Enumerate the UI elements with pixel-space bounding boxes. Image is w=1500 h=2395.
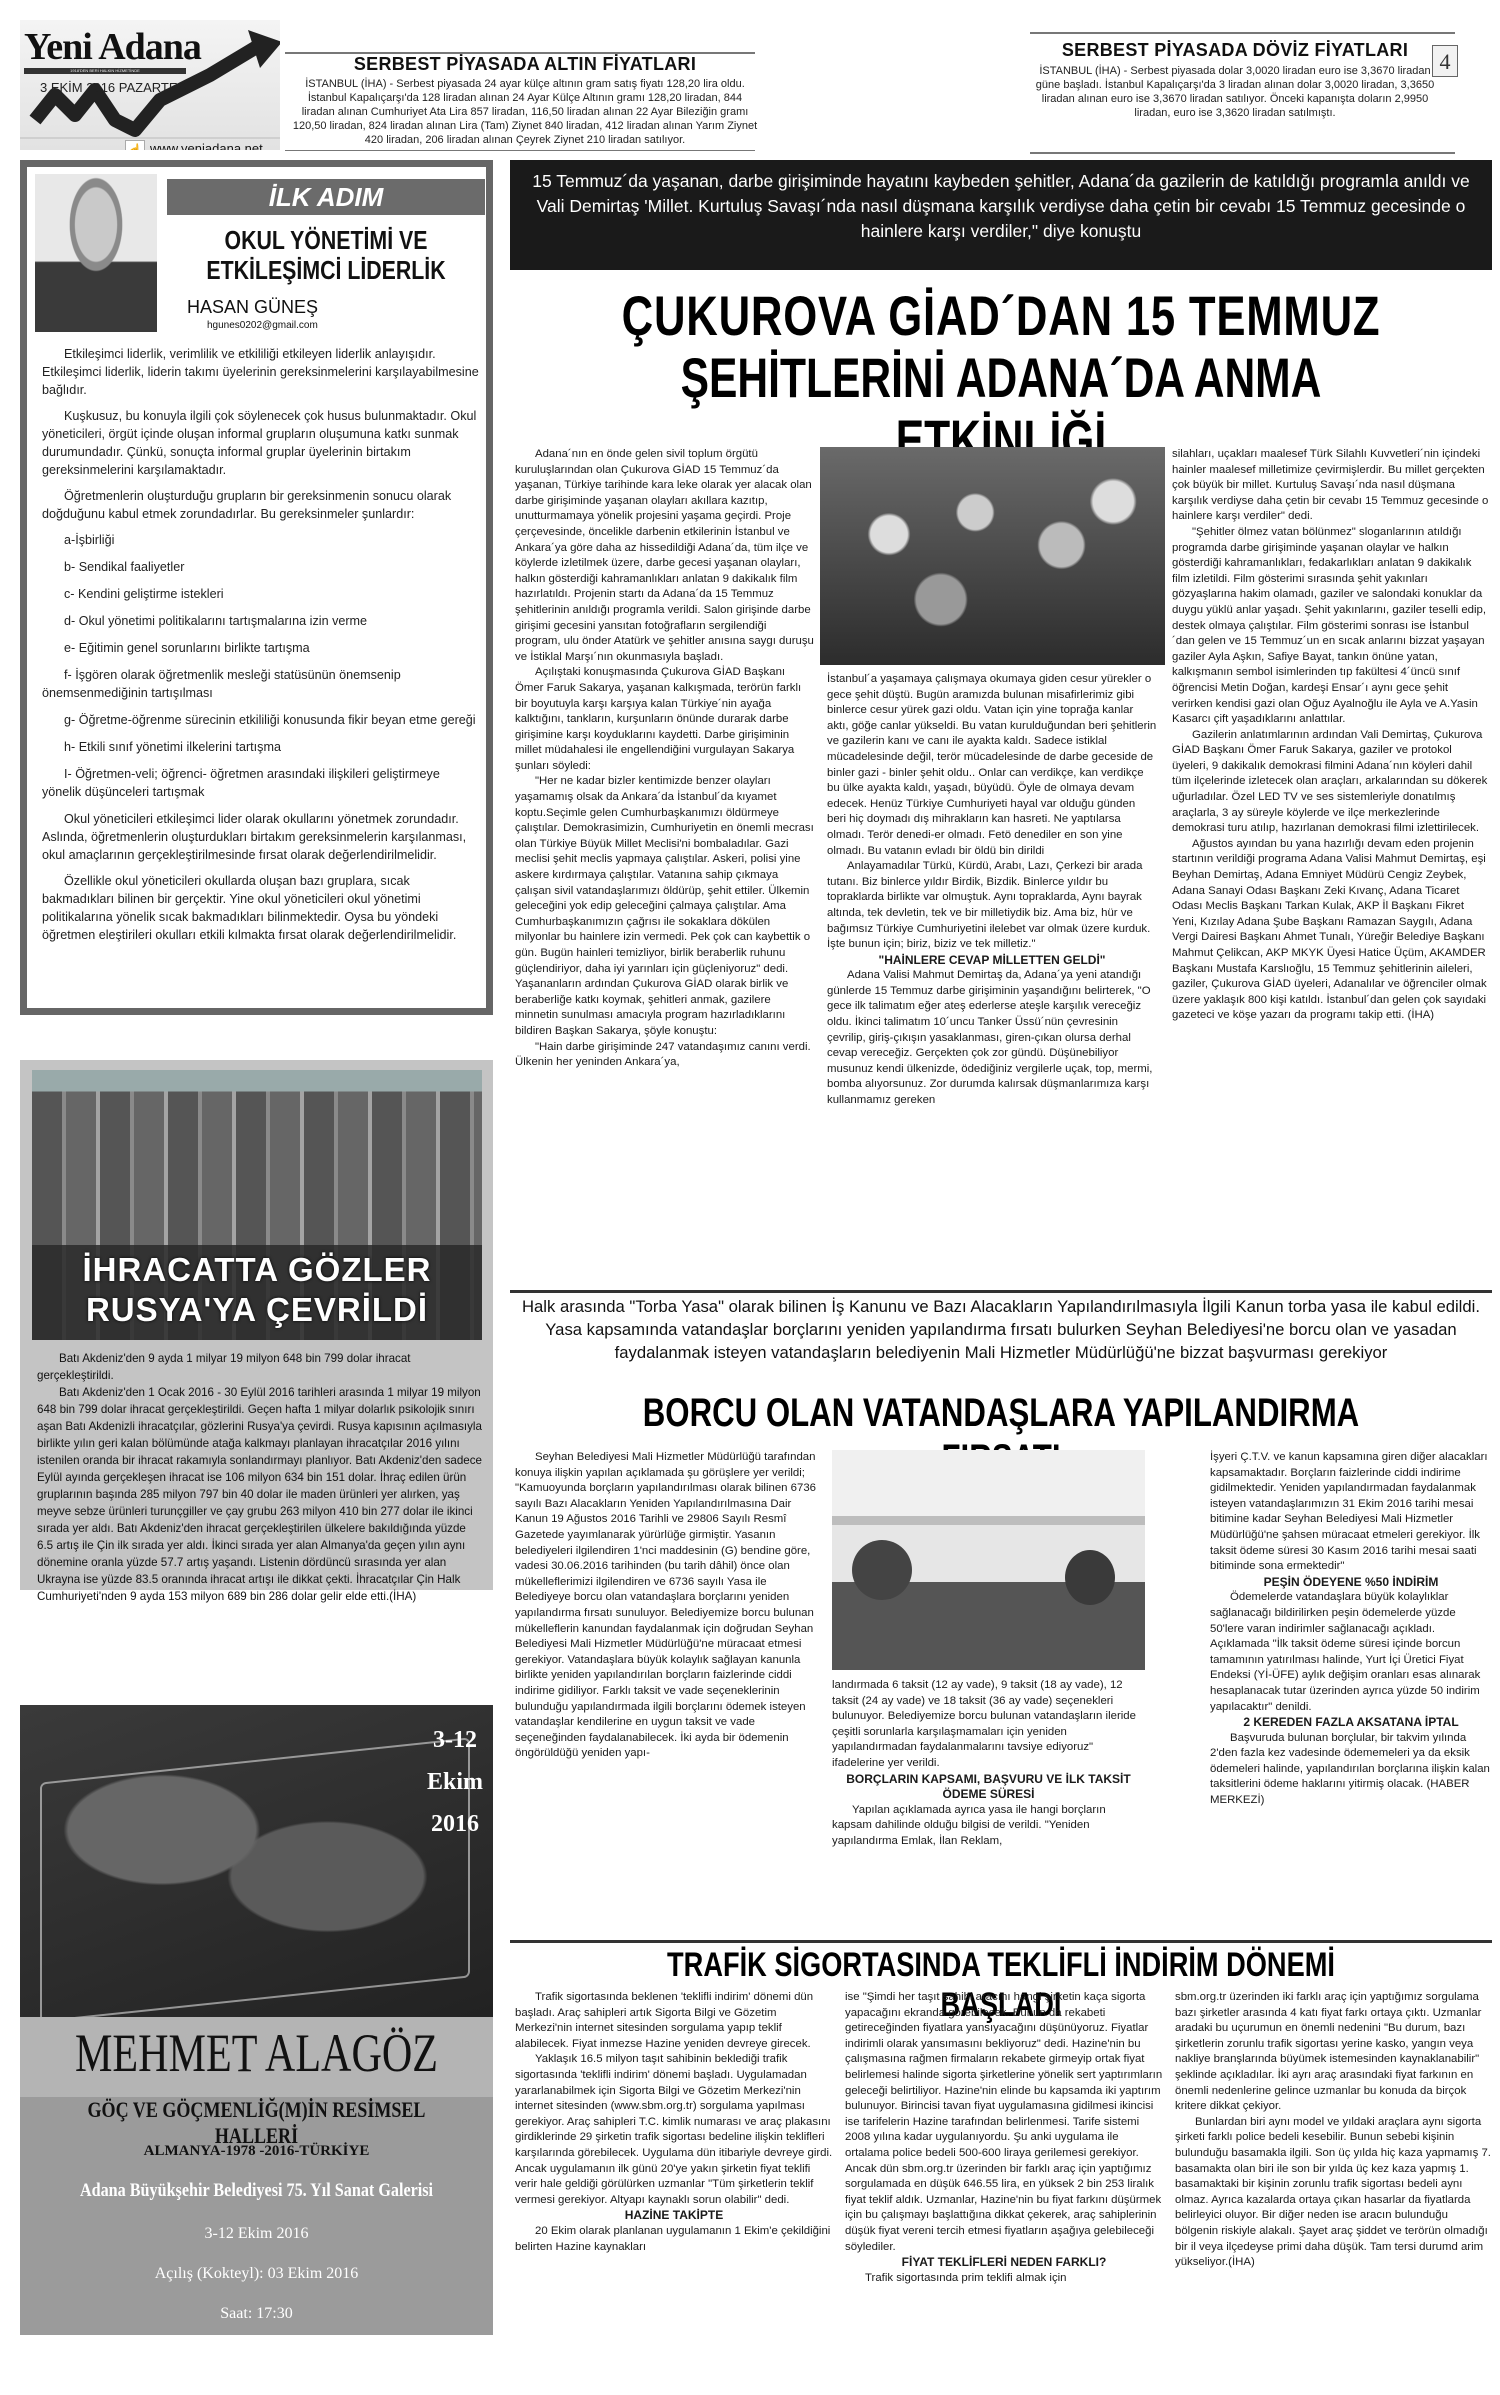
paragraph: "Her ne kadar bizler kentimizde benzer o…	[515, 774, 815, 1039]
subheading: BORÇLARIN KAPSAMI, BAŞVURU VE İLK TAKSİT…	[832, 1772, 1145, 1803]
column-body: Etkileşimci liderlik, verimlilik ve etki…	[42, 345, 482, 952]
paragraph: sbm.org.tr üzerinden iki farklı araç içi…	[1175, 1990, 1492, 2115]
poster-date-line: Ekim	[427, 1761, 483, 1803]
gold-prices-text: İSTANBUL (İHA) - Serbest piyasada 24 aya…	[290, 77, 760, 147]
page-number-icon: 4	[1432, 45, 1458, 77]
export-body: Batı Akdeniz'den 9 ayda 1 milyar 19 mily…	[37, 1350, 482, 1605]
pointer-hand-icon: ☝	[125, 140, 145, 150]
export-news-box: İHRACATTA GÖZLER RUSYA'YA ÇEVRİLDİ Batı …	[20, 1060, 493, 1590]
traffic-article-col3: sbm.org.tr üzerinden iki farklı araç içi…	[1175, 1990, 1492, 2271]
paragraph: Okul yöneticileri etkileşimci lider olar…	[42, 810, 482, 864]
headline-line: RUSYA'YA ÇEVRİLDİ	[32, 1290, 482, 1330]
column-author: HASAN GÜNEŞ	[187, 297, 318, 318]
fx-prices-text: İSTANBUL (İHA) - Serbest piyasada dolar …	[1035, 64, 1435, 120]
headline-line: İHRACATTA GÖZLER	[32, 1250, 482, 1290]
paragraph: silahları, uçakları maalesef Türk Silahl…	[1172, 447, 1490, 525]
paragraph: Trafik sigortasında prim teklifi almak i…	[845, 2271, 1163, 2287]
list-item: f- İşgören olarak öğretmenlik mesleği st…	[42, 666, 482, 702]
artist-name: MEHMET ALAGÖZ	[72, 2023, 441, 2083]
debt-article-col3: İşyeri Ç.T.V. ve kanun kapsamına giren d…	[1210, 1450, 1492, 1809]
list-item: a-İşbirliği	[42, 531, 482, 549]
poster-date-line: 2016	[427, 1803, 483, 1845]
section-divider	[510, 1940, 1492, 1943]
list-item: h- Etkili sınıf yönetimi ilkelerini tart…	[42, 738, 482, 756]
paragraph: Özellikle okul yöneticileri okullarda ol…	[42, 872, 482, 944]
exhibition-route: ALMANYA-1978 -2016-TÜRKİYE	[20, 2143, 493, 2160]
paragraph: "Hain darbe girişiminde 247 vatandaşımız…	[515, 1040, 815, 1071]
column-title-line: ETKİLEŞİMCİ LİDERLİK	[196, 255, 457, 285]
masthead: Yeni Adana 1918'DEN BERİ HALKIN HİZMETİN…	[20, 20, 280, 150]
paragraph: ise "Şimdi her taşıt sahibi aracını hang…	[845, 1990, 1163, 2255]
opinion-column: İLK ADIM OKUL YÖNETİMİ VE ETKİLEŞİMCİ Lİ…	[20, 160, 493, 1015]
subheading: FİYAT TEKLİFLERİ NEDEN FARKLI?	[845, 2255, 1163, 2271]
artwork-outline	[40, 1737, 470, 2022]
poster-dates: 3-12 Ekim 2016	[427, 1719, 483, 1845]
author-email[interactable]: hgunes0202@gmail.com	[207, 320, 318, 331]
fx-prices-title: SERBEST PİYASADA DÖVİZ FİYATLARI	[1035, 40, 1435, 61]
paragraph: 20 Ekim olarak planlanan uygulamanın 1 E…	[515, 2224, 833, 2255]
main-article-deck: 15 Temmuz´da yaşanan, darbe girişiminde …	[510, 160, 1492, 270]
list-item: I- Öğretmen-veli; öğrenci- öğretmen aras…	[42, 765, 482, 801]
memorial-event-photo	[820, 447, 1165, 665]
divider	[1030, 152, 1455, 154]
paragraph: Yapılan açıklamada ayrıca yasa ile hangi…	[832, 1803, 1145, 1850]
paragraph: Bunlardan biri aynı model ve yıldaki ara…	[1175, 2115, 1492, 2271]
list-item: b- Sendikal faaliyetler	[42, 558, 482, 576]
subheading: PEŞİN ÖDEYENE %50 İNDİRİM	[1210, 1575, 1492, 1591]
paragraph: Ağustos ayından bu yana hazırlığı devam …	[1172, 837, 1490, 1024]
main-headline-line1: ÇUKUROVA GİAD´DAN 15 TEMMUZ	[618, 285, 1384, 347]
newspaper-logo: Yeni Adana	[24, 25, 201, 69]
column-title: OKUL YÖNETİMİ VE ETKİLEŞİMCİ LİDERLİK	[196, 225, 457, 285]
paragraph: Batı Akdeniz'den 9 ayda 1 milyar 19 mily…	[37, 1350, 482, 1384]
issue-date: 3 EKİM 2016 PAZARTESİ	[40, 80, 190, 95]
paragraph: Seyhan Belediyesi Mali Hizmetler Müdürlü…	[515, 1450, 825, 1762]
exhibition-poster: 3-12 Ekim 2016 MEHMET ALAGÖZ GÖÇ VE GÖÇM…	[20, 1705, 493, 2335]
paragraph: "Şehitler ölmez vatan bölünmez" sloganla…	[1172, 525, 1490, 728]
paragraph: Yaklaşık 16.5 milyon taşıt sahibinin bek…	[515, 2052, 833, 2208]
website-link[interactable]: www.yeniadana.net	[150, 141, 263, 150]
paragraph: Ödemelerde vatandaşlara büyük kolaylıkla…	[1210, 1590, 1492, 1715]
paragraph: Batı Akdeniz'den 1 Ocak 2016 - 30 Eylül …	[37, 1384, 482, 1605]
paragraph: Kuşkusuz, bu konuyla ilgili çok söylenec…	[42, 407, 482, 479]
paragraph: Etkileşimci liderlik, verimlilik ve etki…	[42, 345, 482, 399]
list-item: g- Öğretme-öğrenme sürecinin etkililiği …	[42, 711, 482, 729]
traffic-article-col2: ise "Şimdi her taşıt sahibi aracını hang…	[845, 1990, 1163, 2286]
subheading: "HAİNLERE CEVAP MİLLETTEN GELDİ"	[827, 953, 1157, 969]
list-item: e- Eğitimin genel sorunlarını birlikte t…	[42, 639, 482, 657]
debt-article-deck: Halk arasında "Torba Yasa" olarak biline…	[520, 1295, 1482, 1364]
paragraph: landırmada 6 taksit (12 ay vade), 9 taks…	[832, 1678, 1145, 1772]
subheading: 2 KEREDEN FAZLA AKSATANA İPTAL	[1210, 1715, 1492, 1731]
exhibition-range: 3-12 Ekim 2016	[20, 2225, 493, 2243]
main-article-col1: Adana´nın en önde gelen sivil toplum örg…	[515, 447, 815, 1071]
exhibition-venue: Adana Büyükşehir Belediyesi 75. Yıl Sana…	[55, 2180, 457, 2202]
paragraph: Anlayamadılar Türkü, Kürdü, Arabı, Lazı,…	[827, 859, 1157, 953]
paragraph: İstanbul´a yaşamaya çalışmaya okumaya gi…	[827, 672, 1157, 859]
paragraph: Trafik sigortasında beklenen 'teklifli i…	[515, 1990, 833, 2052]
main-article-col3: silahları, uçakları maalesef Türk Silahl…	[1172, 447, 1490, 1024]
paragraph: Başvuruda bulunan borçlular, bir takvim …	[1210, 1731, 1492, 1809]
traffic-article-col1: Trafik sigortasında beklenen 'teklifli i…	[515, 1990, 833, 2255]
poster-date-line: 3-12	[427, 1719, 483, 1761]
exhibition-opening: Açılış (Kokteyl): 03 Ekim 2016	[20, 2265, 493, 2283]
export-headline: İHRACATTA GÖZLER RUSYA'YA ÇEVRİLDİ	[32, 1250, 482, 1330]
exhibition-title: GÖÇ VE GÖÇMENLİĞ(M)İN RESİMSEL HALLERİ	[63, 2097, 451, 2149]
paragraph: İşyeri Ç.T.V. ve kanun kapsamına giren d…	[1210, 1450, 1492, 1575]
divider	[1030, 32, 1455, 34]
paragraph: Öğretmenlerin oluşturduğu grupların bir …	[42, 487, 482, 523]
gold-prices-title: SERBEST PİYASADA ALTIN FİYATLARI	[290, 54, 760, 75]
main-article-col2: İstanbul´a yaşamaya çalışmaya okumaya gi…	[827, 672, 1157, 1109]
paragraph: Adana Valisi Mahmut Demirtaş da, Adana´y…	[827, 968, 1157, 1108]
paragraph: Açılıştaki konuşmasında Çukurova GİAD Ba…	[515, 665, 815, 774]
artwork-image	[20, 1705, 493, 2017]
debt-article-col1: Seyhan Belediyesi Mali Hizmetler Müdürlü…	[515, 1450, 825, 1762]
list-item: d- Okul yönetimi politikalarını tartışma…	[42, 612, 482, 630]
gold-prices-box: SERBEST PİYASADA ALTIN FİYATLARI İSTANBU…	[290, 54, 760, 147]
divider	[285, 150, 755, 151]
list-item: c- Kendini geliştirme istekleri	[42, 585, 482, 603]
paragraph: Adana´nın en önde gelen sivil toplum örg…	[515, 447, 815, 665]
section-divider	[510, 1290, 1492, 1293]
subheading: HAZİNE TAKİPTE	[515, 2208, 833, 2224]
paragraph: Gazilerin anlatımlarının ardından Vali D…	[1172, 728, 1490, 837]
logo-tagline: 1918'DEN BERİ HALKIN HİZMETİNDE	[24, 68, 186, 74]
column-kicker: İLK ADIM	[167, 179, 485, 215]
municipality-office-photo	[832, 1450, 1145, 1670]
column-title-line: OKUL YÖNETİMİ VE	[196, 225, 457, 255]
fx-prices-box: SERBEST PİYASADA DÖVİZ FİYATLARI İSTANBU…	[1035, 40, 1435, 120]
exhibition-time: Saat: 17:30	[20, 2305, 493, 2323]
author-photo	[35, 174, 157, 332]
debt-article-col2: landırmada 6 taksit (12 ay vade), 9 taks…	[832, 1678, 1145, 1850]
